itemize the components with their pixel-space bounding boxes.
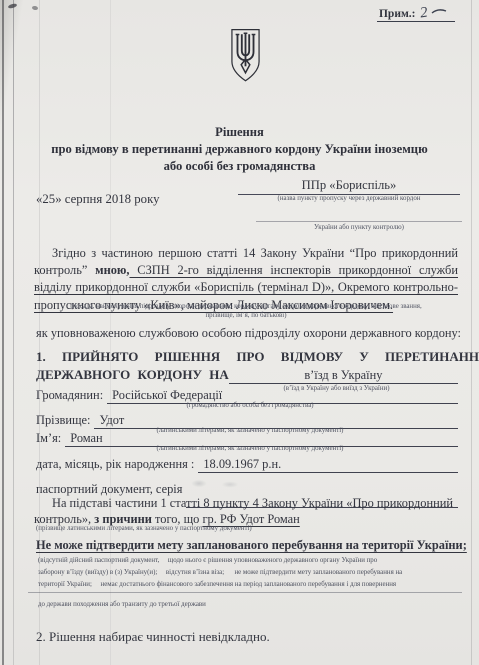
checkpoint-rule: України або пункту контролю) xyxy=(256,221,462,233)
intro-lead-emphasis: мною, xyxy=(95,263,129,277)
reason-options-line-4: до держави походження або транзиту до тр… xyxy=(38,599,206,611)
field-birthdate-line: 18.09.1967 р.н. xyxy=(198,457,458,473)
paper-crease xyxy=(13,0,14,665)
reason-options-line-2: заборону в’їзду (виїзду) в (з) Україну(и… xyxy=(38,567,402,579)
checkpoint-caption-2: України або пункту контролю) xyxy=(256,224,462,233)
basis-pre: контроль», xyxy=(34,512,94,526)
person-caption: (прізвище латинськими літерами, як зазна… xyxy=(36,525,252,534)
ukraine-trident-emblem-icon xyxy=(227,27,264,84)
person-name: гр. РФ Удот Роман xyxy=(202,512,299,526)
field-citizenship-value: Російської Федерації xyxy=(107,388,222,403)
field-birthdate-value: 18.09.1967 р.н. xyxy=(198,457,281,472)
clause-1: 1. ПРИЙНЯТО РІШЕННЯ ПРО ВІДМОВУ У ПЕРЕТИ… xyxy=(36,349,458,394)
official-caption: (посада, найменування підрозділу охорони… xyxy=(34,303,458,320)
title-line-2: про відмову в перетинанні державного кор… xyxy=(0,141,479,158)
copy-number-note: Прим.: 2 xyxy=(377,3,455,22)
reason-options-line-3: території України; немає достатнього фін… xyxy=(38,579,396,591)
official-caption-line-2: прізвище, ім’я, по батькові) xyxy=(34,312,458,321)
direction-value: в’їзд в Україну xyxy=(304,368,382,383)
checkpoint-name: ППр «Бориспіль» xyxy=(238,178,460,195)
checkpoint-block: ППр «Бориспіль» (назва пункту пропуску ч… xyxy=(238,178,460,204)
clause-1-line-2: ДЕРЖАВНОГО КОРДОНУ НА в’їзд в Україну xyxy=(36,367,458,384)
paper-edge-line xyxy=(2,0,4,665)
field-birthdate: дата, місяць, рік народження : 18.09.196… xyxy=(36,457,458,473)
handwriting-flourish-icon xyxy=(431,7,447,15)
document-page: Прим.: 2 Рішення про відмову в перетинан… xyxy=(0,0,479,665)
field-firstname-label: Ім’я: xyxy=(36,431,61,446)
basis-mid: того, що xyxy=(152,512,203,526)
ink-speck xyxy=(32,6,39,11)
title-line-1: Рішення xyxy=(0,124,479,141)
field-firstname-value: Роман xyxy=(65,431,102,446)
direction-line: в’їзд в Україну xyxy=(229,368,458,384)
field-surname-value: Удот xyxy=(94,413,124,428)
field-citizenship-label: Громадянин: xyxy=(36,388,103,403)
checkpoint-caption: (назва пункту пропуску через державний к… xyxy=(238,195,460,204)
clause-2: 2. Рішення набирає чинності невідкладно. xyxy=(36,629,270,645)
basis-line-1: На підставі частини 1 статті 8 пункту 4 … xyxy=(34,495,462,512)
paper-crease xyxy=(471,0,472,665)
field-birthdate-label: дата, місяць, рік народження : xyxy=(36,457,194,472)
handwritten-copy-number: 2 xyxy=(419,5,429,23)
reason-options-line-1: (відсутній дійсний паспортний документ, … xyxy=(38,555,377,567)
title-line-3: або особі без громадянства xyxy=(0,158,479,175)
clause-1-line-1: 1. ПРИЙНЯТО РІШЕННЯ ПРО ВІДМОВУ У ПЕРЕТИ… xyxy=(36,349,458,365)
basis-emphasis: з причини xyxy=(94,512,152,526)
copy-number-label: Прим.: xyxy=(379,8,416,20)
field-citizenship-caption: (громадянство або особа без громадянства… xyxy=(130,402,370,411)
refusal-reason-heading: Не може підтвердити мету запланованого п… xyxy=(36,538,467,553)
field-firstname-caption: (латинськими літерами, як зазначено у па… xyxy=(100,445,400,454)
document-date: «25» серпня 2018 року xyxy=(36,192,160,207)
official-caption-line-1: (посада, найменування підрозділу охорони… xyxy=(34,303,458,312)
clause-1-label: ДЕРЖАВНОГО КОРДОНУ НА xyxy=(36,367,229,383)
document-title: Рішення про відмову в перетинанні держав… xyxy=(0,124,479,175)
separator-rule xyxy=(28,592,462,593)
authorized-line: як уповноваженою службовою особою підроз… xyxy=(36,326,461,341)
field-surname-label: Прізвище: xyxy=(36,413,90,428)
